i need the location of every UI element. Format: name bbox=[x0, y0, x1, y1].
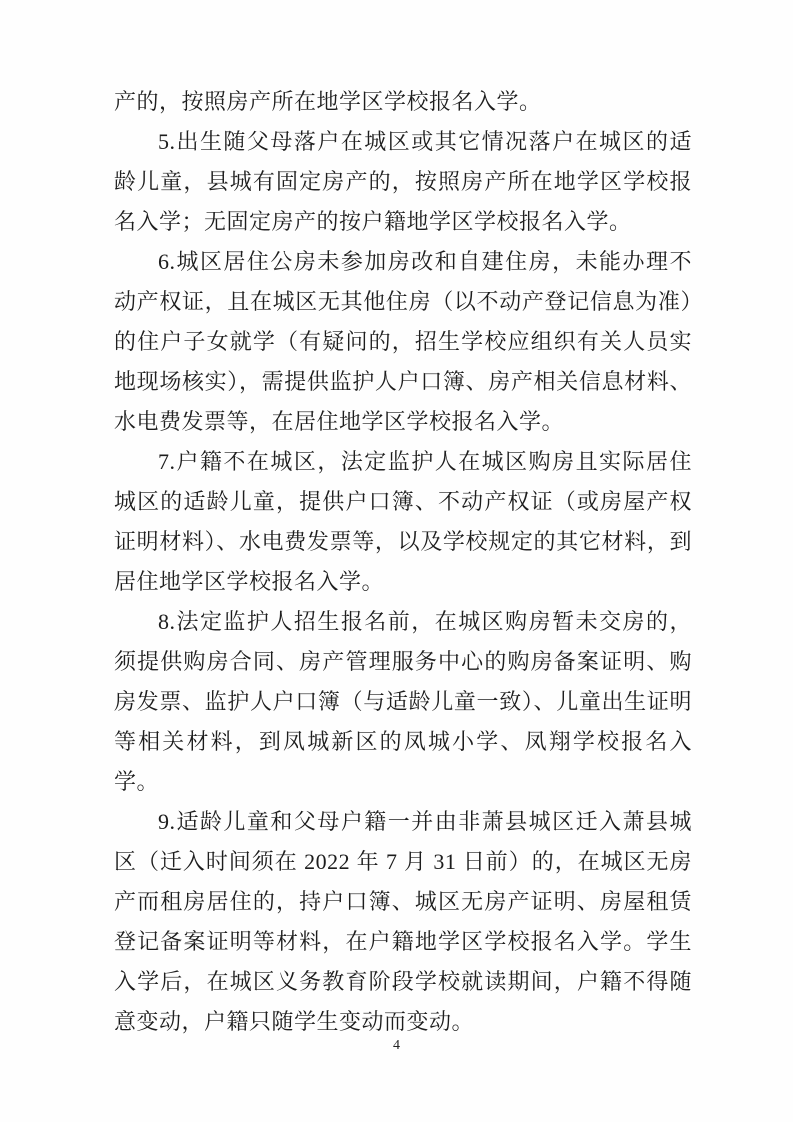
paragraph-item-5: 5.出生随父母落户在城区或其它情况落户在城区的适龄儿童，县城有固定房产的，按照房… bbox=[114, 122, 692, 242]
paragraph-continuation: 产的，按照房产所在地学区学校报名入学。 bbox=[114, 82, 692, 122]
document-page: 产的，按照房产所在地学区学校报名入学。 5.出生随父母落户在城区或其它情况落户在… bbox=[0, 0, 793, 1122]
paragraph-item-6: 6.城区居住公房未参加房改和自建住房，未能办理不动产权证，且在城区无其他住房（以… bbox=[114, 242, 692, 442]
paragraph-item-9: 9.适龄儿童和父母户籍一并由非萧县城区迁入萧县城区（迁入时间须在 2022 年 … bbox=[114, 802, 692, 1042]
paragraph-item-7: 7.户籍不在城区，法定监护人在城区购房且实际居住城区的适龄儿童，提供户口簿、不动… bbox=[114, 442, 692, 602]
page-number: 4 bbox=[0, 1038, 793, 1054]
document-body: 产的，按照房产所在地学区学校报名入学。 5.出生随父母落户在城区或其它情况落户在… bbox=[114, 82, 692, 1042]
paragraph-item-8: 8.法定监护人招生报名前，在城区购房暂未交房的，须提供购房合同、房产管理服务中心… bbox=[114, 602, 692, 802]
